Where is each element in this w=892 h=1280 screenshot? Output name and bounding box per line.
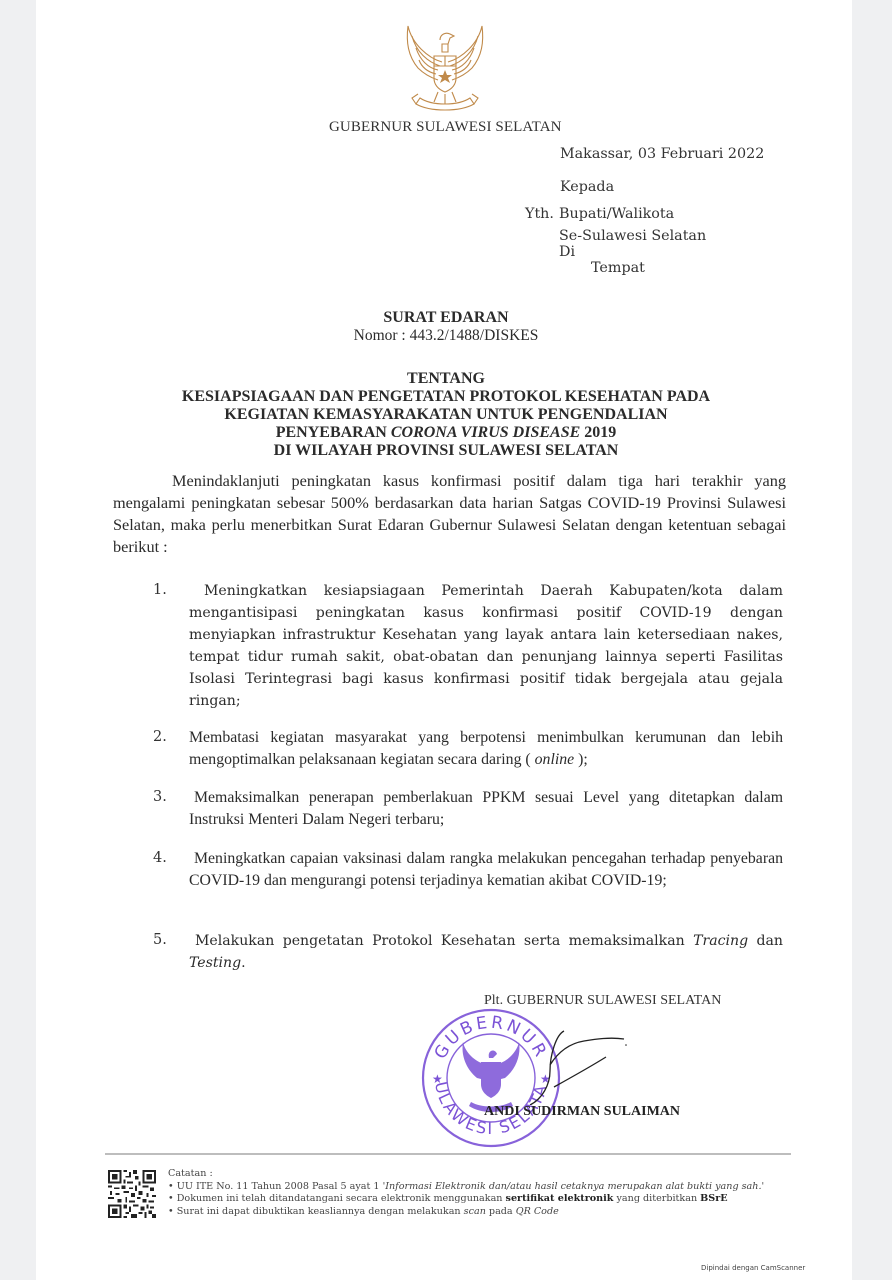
- note-1-italic: 'Informasi Elektronik dan/atau hasil cet…: [383, 1181, 765, 1192]
- camscanner-watermark: Dipindai dengan CamScanner: [701, 1264, 805, 1272]
- subject-line-3-pre: PENYEBARAN: [276, 424, 391, 441]
- document-number: Nomor : 443.2/1488/DISKES: [0, 327, 892, 345]
- note-3-italic: scan: [464, 1206, 486, 1217]
- yth-label: Yth.: [525, 206, 554, 222]
- note-3-italic-2: QR Code: [516, 1206, 559, 1217]
- note-2: • Dokumen ini telah ditandatangani secar…: [168, 1193, 764, 1206]
- qr-code-icon[interactable]: [108, 1170, 156, 1218]
- note-3-bullet: •: [168, 1206, 174, 1217]
- item-number-3: 3.: [153, 789, 167, 805]
- note-1-bullet: •: [168, 1181, 174, 1192]
- item-text-3: Memaksimalkan penerapan pemberlakuan PPK…: [189, 787, 783, 831]
- note-2-bold-2: BSrE: [700, 1193, 727, 1204]
- item-text-5-pre: Melakukan pengetatan Protokol Kesehatan …: [195, 933, 693, 949]
- subject-line-2: KEGIATAN KEMASYARAKATAN UNTUK PENGENDALI…: [0, 406, 892, 424]
- footer-divider: [105, 1153, 791, 1155]
- item-number-2: 2.: [153, 729, 167, 745]
- note-2-text: Dokumen ini telah ditandatangani secara …: [177, 1193, 506, 1204]
- item-number-5: 5.: [153, 932, 167, 948]
- subject-line-1: KESIAPSIAGAAN DAN PENGETATAN PROTOKOL KE…: [0, 388, 892, 406]
- note-2-bullet: •: [168, 1193, 174, 1204]
- item-number-4: 4.: [153, 850, 167, 866]
- note-1-text: UU ITE No. 11 Tahun 2008 Pasal 5 ayat 1: [177, 1181, 383, 1192]
- item-text-5-italic-2: Testing: [189, 955, 241, 971]
- item-text-1: Meningkatkan kesiapsiagaan Pemerintah Da…: [189, 580, 783, 712]
- di-label: Di: [559, 244, 575, 260]
- note-3-mid: pada: [486, 1206, 516, 1217]
- subject-heading: TENTANG KESIAPSIAGAAN DAN PENGETATAN PRO…: [0, 370, 892, 460]
- notes-label: Catatan :: [168, 1168, 764, 1181]
- place-date: Makassar, 03 Februari 2022: [560, 146, 764, 162]
- item-text-2-italic: online: [535, 751, 575, 768]
- tempat-label: Tempat: [591, 260, 645, 276]
- subject-line-3-post: 2019: [580, 424, 616, 441]
- item-text-2-pre: Membatasi kegiatan masyarakat yang berpo…: [189, 729, 783, 768]
- signatory-name: ANDI SUDIRMAN SULAIMAN: [484, 1104, 680, 1120]
- item-text-2: Membatasi kegiatan masyarakat yang berpo…: [189, 727, 783, 771]
- subject-line-4: DI WILAYAH PROVINSI SULAWESI SELATAN: [0, 442, 892, 460]
- recipient-line-2: Se-Sulawesi Selatan: [559, 228, 706, 244]
- item-text-4: Meningkatkan capaian vaksinasi dalam ran…: [189, 848, 783, 892]
- recipient-line-1: Bupati/Walikota: [559, 206, 674, 222]
- tentang-label: TENTANG: [0, 370, 892, 388]
- note-2-mid: yang diterbitkan: [613, 1193, 700, 1204]
- svg-text:★: ★: [432, 1072, 443, 1086]
- item-text-5-italic-1: Tracing: [693, 933, 748, 949]
- note-3-text: Surat ini dapat dibuktikan keasliannya d…: [177, 1206, 464, 1217]
- to-label: Kepada: [560, 179, 614, 195]
- handwritten-signature: [520, 1025, 640, 1105]
- item-text-2-post: );: [574, 751, 588, 768]
- note-3: • Surat ini dapat dibuktikan keasliannya…: [168, 1206, 764, 1219]
- intro-paragraph: Menindaklanjuti peningkatan kasus konfir…: [113, 470, 786, 558]
- note-2-bold: sertifikat elektronik: [506, 1193, 614, 1204]
- footer-notes: Catatan : • UU ITE No. 11 Tahun 2008 Pas…: [168, 1168, 764, 1218]
- subject-line-3-italic: CORONA VIRUS DISEASE: [391, 424, 580, 441]
- garuda-emblem-icon: [398, 22, 492, 118]
- item-text-5: Melakukan pengetatan Protokol Kesehatan …: [189, 930, 783, 974]
- item-text-5-post: .: [241, 955, 245, 971]
- note-1: • UU ITE No. 11 Tahun 2008 Pasal 5 ayat …: [168, 1181, 764, 1194]
- subject-line-3: PENYEBARAN CORONA VIRUS DISEASE 2019: [0, 424, 892, 442]
- item-text-5-mid: dan: [748, 933, 783, 949]
- item-number-1: 1.: [153, 582, 167, 598]
- office-heading: GUBERNUR SULAWESI SELATAN: [329, 119, 562, 136]
- document-type: SURAT EDARAN: [0, 309, 892, 327]
